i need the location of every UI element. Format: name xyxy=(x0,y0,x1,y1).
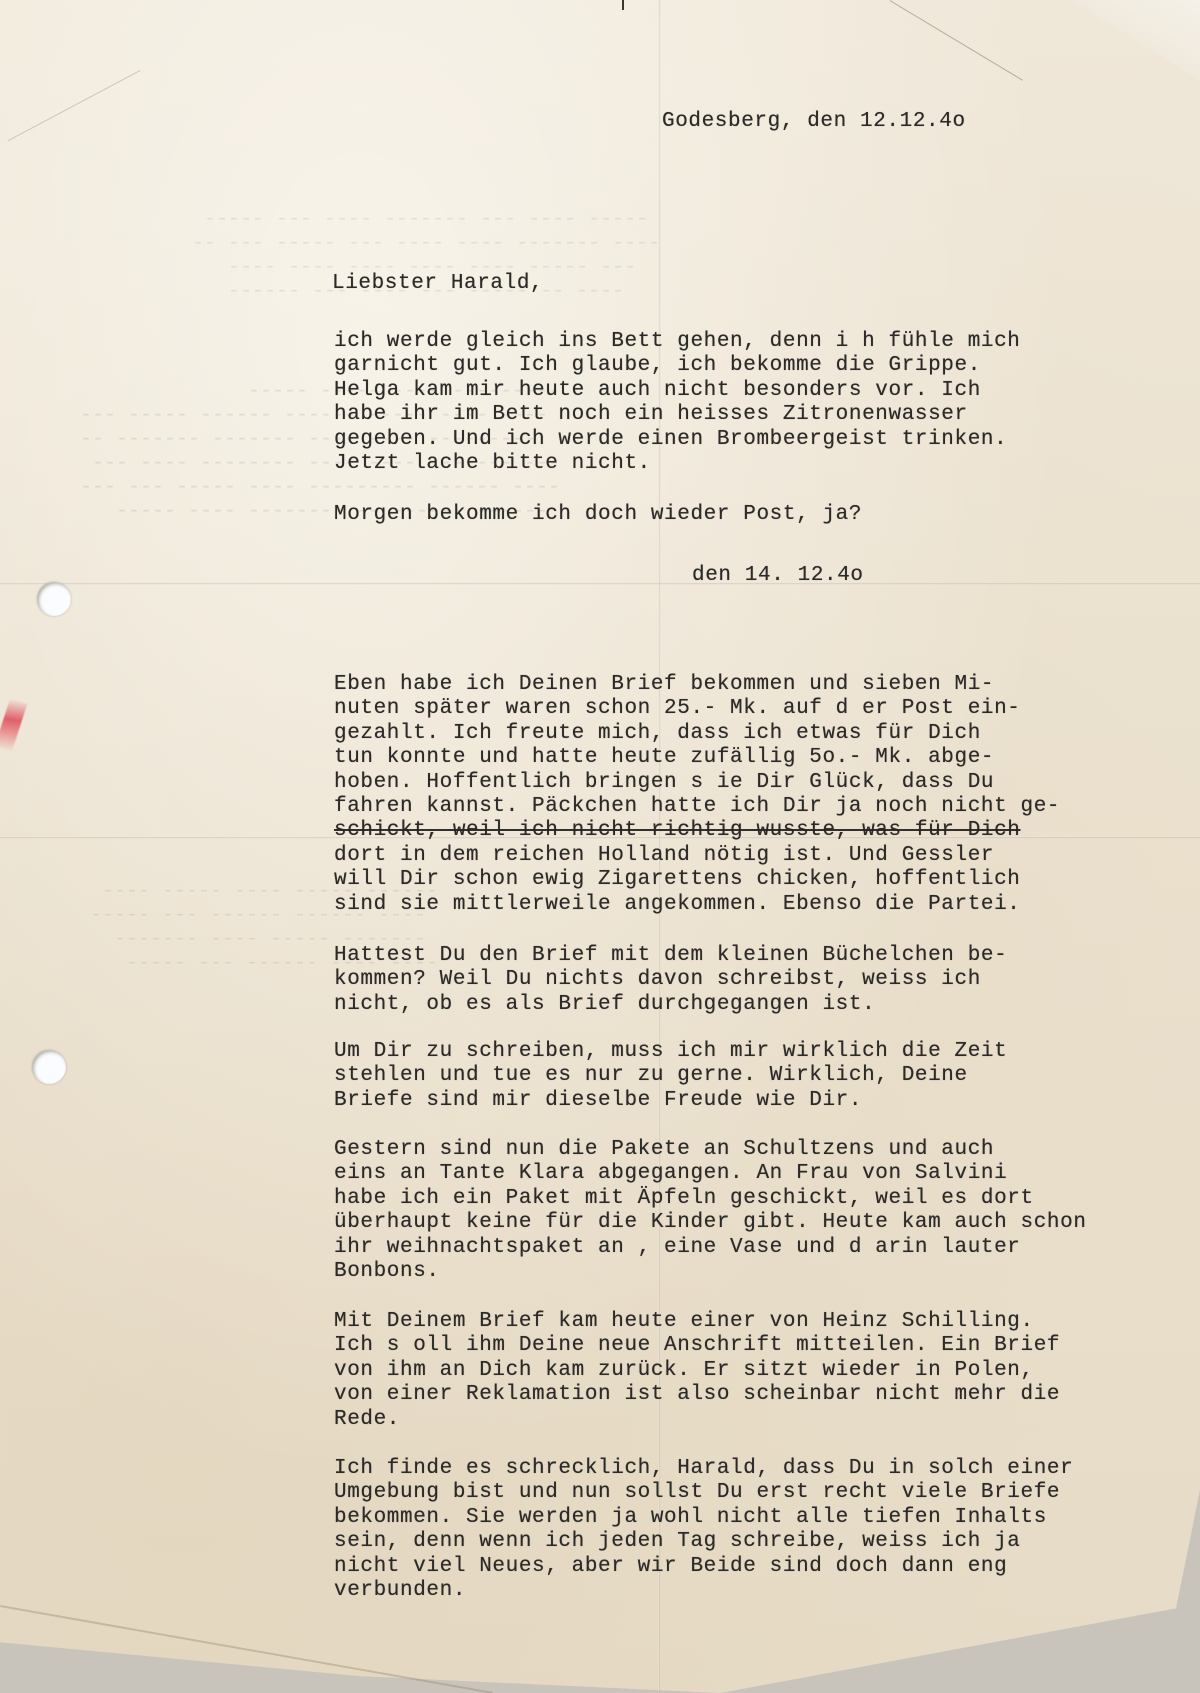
text-line: will Dir schon ewig Zigarettens chicken,… xyxy=(334,868,1060,892)
top-edge-mark xyxy=(622,0,624,10)
text-line: von einer Reklamation ist also scheinbar… xyxy=(334,1383,1060,1407)
punch-hole-top xyxy=(37,582,71,616)
text-line: Morgen bekomme ich doch wieder Post, ja? xyxy=(334,503,862,527)
text-line: habe ihr im Bett noch ein heisses Zitron… xyxy=(334,403,1021,427)
text-line: dort in dem reichen Holland nötig ist. U… xyxy=(334,844,1060,868)
paragraph: Um Dir zu schreiben, muss ich mir wirkli… xyxy=(334,1040,1007,1113)
text-line: habe ich ein Paket mit Äpfeln geschickt,… xyxy=(334,1187,1087,1211)
text-line: gegeben. Und ich werde einen Brombeergei… xyxy=(334,428,1021,452)
text-line: Mit Deinem Brief kam heute einer von Hei… xyxy=(334,1310,1060,1334)
text-line: eins an Tante Klara abgegangen. An Frau … xyxy=(334,1162,1087,1186)
text-line: nicht viel Neues, aber wir Beide sind do… xyxy=(334,1555,1073,1579)
text-line: von ihm an Dich kam zurück. Er sitzt wie… xyxy=(334,1359,1060,1383)
text-line: sein, denn wenn ich jeden Tag schreibe, … xyxy=(334,1530,1073,1554)
text-line: nicht, ob es als Brief durchgegangen ist… xyxy=(334,993,1007,1017)
text-line: verbunden. xyxy=(334,1579,1073,1603)
paragraph: Hattest Du den Brief mit dem kleinen Büc… xyxy=(334,944,1007,1017)
text-line: stehlen und tue es nur zu gerne. Wirklic… xyxy=(334,1064,1007,1088)
text-line-struck: schickt, weil ich nicht richtig wusste, … xyxy=(334,819,1060,843)
text-line: hoben. Hoffentlich bringen s ie Dir Glüc… xyxy=(334,771,1060,795)
text-line: gezahlt. Ich freute mich, dass ich etwas… xyxy=(334,722,1060,746)
paragraph: Mit Deinem Brief kam heute einer von Hei… xyxy=(334,1310,1060,1432)
text-line: fahren kannst. Päckchen hatte ich Dir ja… xyxy=(334,795,1060,819)
text-line: Gestern sind nun die Pakete an Schultzen… xyxy=(334,1138,1087,1162)
text-line: Umgebung bist und nun sollst Du erst rec… xyxy=(334,1481,1073,1505)
text-line: kommen? Weil Du nichts davon schreibst, … xyxy=(334,968,1007,992)
text-line: Eben habe ich Deinen Brief bekommen und … xyxy=(334,673,1060,697)
text-line: Ich s oll ihm Deine neue Anschrift mitte… xyxy=(334,1334,1060,1358)
text-line: überhaupt keine für die Kinder gibt. Heu… xyxy=(334,1211,1087,1235)
text-line: nuten später waren schon 25.- Mk. auf d … xyxy=(334,697,1060,721)
paragraph: Eben habe ich Deinen Brief bekommen und … xyxy=(334,673,1060,917)
text-line: Helga kam mir heute auch nicht besonders… xyxy=(334,379,1021,403)
text-line: Ich finde es schrecklich, Harald, dass D… xyxy=(334,1457,1073,1481)
text-line: tun konnte und hatte heute zufällig 5o.-… xyxy=(334,746,1060,770)
text-line: Briefe sind mir dieselbe Freude wie Dir. xyxy=(334,1089,1007,1113)
second-date: den 14. 12.4o xyxy=(692,564,864,587)
punch-hole-bottom xyxy=(32,1050,66,1084)
text-line: ich werde gleich ins Bett gehen, denn i … xyxy=(334,330,1021,354)
text-line: Um Dir zu schreiben, muss ich mir wirkli… xyxy=(334,1040,1007,1064)
paragraph: Ich finde es schrecklich, Harald, dass D… xyxy=(334,1457,1073,1603)
text-line: bekommen. Sie werden ja wohl nicht alle … xyxy=(334,1506,1073,1530)
text-line: sind sie mittlerweile angekommen. Ebenso… xyxy=(334,893,1060,917)
horizontal-fold-crease xyxy=(0,582,1200,585)
text-line: Hattest Du den Brief mit dem kleinen Büc… xyxy=(334,944,1007,968)
place-date: Godesberg, den 12.12.4o xyxy=(662,110,966,133)
text-line: Bonbons. xyxy=(334,1260,1087,1284)
text-line: Jetzt lache bitte nicht. xyxy=(334,452,1021,476)
text-line: ihr weihnachtspaket an , eine Vase und d… xyxy=(334,1236,1087,1260)
paragraph: ich werde gleich ins Bett gehen, denn i … xyxy=(334,330,1021,476)
paragraph: Morgen bekomme ich doch wieder Post, ja? xyxy=(334,503,862,527)
paragraph: Gestern sind nun die Pakete an Schultzen… xyxy=(334,1138,1087,1284)
text-line: garnicht gut. Ich glaube, ich bekomme di… xyxy=(334,354,1021,378)
salutation: Liebster Harald, xyxy=(332,272,543,295)
text-line: Rede. xyxy=(334,1408,1060,1432)
